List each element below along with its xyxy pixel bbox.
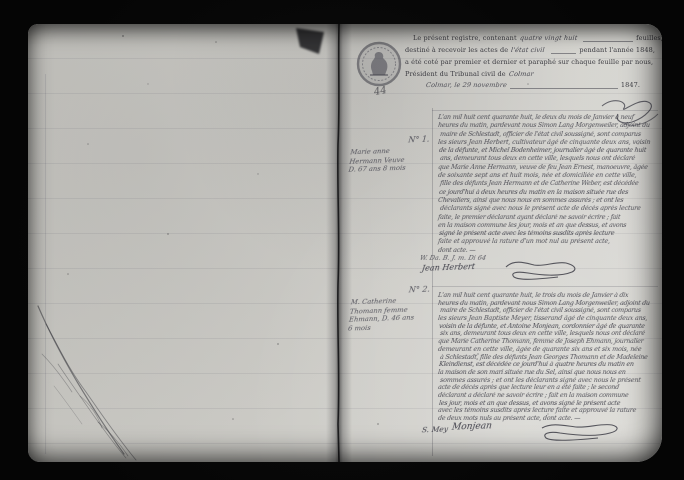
fill-rule	[583, 36, 633, 42]
act-separator-middle	[432, 286, 658, 287]
act-separator-top	[432, 110, 658, 111]
margin-note-lines: M. CatherineThomann femmeEhmann, D. 46 a…	[348, 295, 436, 332]
act-1-witness-signature: Jean Herbert	[421, 262, 475, 273]
header-line-4-printed: Président du Tribunal civil de	[405, 70, 506, 78]
handwriting-line: L'an mil huit cent quarante huit, le tro…	[438, 292, 662, 300]
death-act-2-text: L'an mil huit cent quarante huit, le tro…	[438, 292, 662, 423]
header-line-1-printed: Le présent registre, contenant	[413, 34, 517, 42]
handwriting-line: six ans, demeurant tous deux en cette vi…	[440, 330, 662, 338]
header-line-3-printed: a été coté par premier et dernier et par…	[405, 58, 653, 66]
handwriting-line: faite, le premier déclarant ayant déclar…	[437, 214, 662, 222]
header-line-2-printed-end: pendant l'année 1848,	[579, 46, 655, 54]
fill-rule	[551, 48, 577, 54]
handwriting-line: que Marie Catherine Thomann, femme de Jo…	[438, 338, 662, 346]
act-2-officer-paraph	[534, 418, 626, 444]
handwriting-line: les sieurs Jean Baptiste Meyer, tisseran…	[438, 315, 662, 323]
act-number: N° 2.	[351, 284, 436, 296]
handwriting-line: que Marie Anne Hermann, veuve de feu Jea…	[437, 164, 662, 172]
margin-note-act-1: N° 1. Marie anneHermann VeuveD. 67 ans 8…	[348, 134, 436, 174]
act-2-witness-signature-a: S. Mey	[421, 425, 448, 435]
handwriting-line: heures du matin, pardevant nous Simon La…	[437, 122, 662, 130]
header-line-1-handwritten-fill: quatre vingt huit	[519, 34, 577, 42]
header-line-2: destiné à recevoir les actes de l'état c…	[405, 46, 655, 54]
act-1-clerk-note: W. Da. B. J. m. Di 64	[419, 254, 487, 262]
folio-number-pencil: 44	[373, 85, 387, 98]
margin-note-act-2: N° 2. M. CatherineThomann femmeEhmann, D…	[348, 284, 437, 333]
header-line-4: Président du Tribunal civil de Colmar	[405, 70, 655, 78]
handwriting-line: demeurant en cette ville, âgée de quaran…	[438, 346, 662, 354]
margin-note-lines: Marie anneHermann VeuveD. 67 ans 8 mois	[348, 146, 435, 175]
header-line-2-handwritten-fill: l'état civil	[511, 46, 545, 54]
handwriting-line: Kleindienst, est décédée ce jourd'hui à …	[439, 361, 662, 369]
header-line-3: a été coté par premier et dernier et par…	[405, 58, 655, 66]
handwriting-line: ce jourd'hui à deux heures du matin en l…	[438, 189, 662, 197]
handwriting-line: faite et approuvé la rature d'un mot nul…	[437, 238, 662, 246]
act-number: N° 1.	[351, 134, 436, 146]
corner-crease-marks	[38, 306, 136, 460]
header-date-handwritten: Colmar, le 29 novembre	[426, 81, 508, 89]
act-2-witness-signature-b: Monjean	[451, 421, 492, 432]
header-line-1: Le présent registre, contenant quatre vi…	[413, 34, 662, 42]
header-line-2-printed: destiné à recevoir les actes de	[405, 46, 508, 54]
header-line-4-handwritten-fill: Colmar	[508, 70, 534, 78]
handwriting-line: la maison de son mari située rue du Sel,…	[438, 369, 662, 377]
open-register-book: 44 Le présent registre, contenant quatre…	[28, 24, 662, 462]
gutter-crack-line	[332, 24, 346, 462]
handwriting-line: avec les témoins susdits après lecture f…	[438, 407, 662, 415]
handwriting-line: en la maison commune les jour, mois et a…	[437, 222, 662, 230]
handwriting-line: les sieurs Jean Herbert, cultivateur âgé…	[437, 139, 662, 147]
handwriting-line: acte de décès après que lecture leur en …	[438, 384, 662, 392]
death-act-1-text: L'an mil huit cent quarante huit, le deu…	[438, 114, 662, 255]
header-line-1-printed-end: feuilles,	[636, 34, 662, 42]
handwriting-line: déclarants signé avec nous le présent ac…	[439, 205, 662, 213]
handwriting-line: maire de Schlestadt, officier de l'état …	[439, 131, 662, 139]
handwriting-line: ans, demeurant tous deux en cette ville,…	[439, 155, 662, 163]
act-1-officer-paraph	[500, 255, 586, 281]
handwriting-line: maire de Schlestadt, officier de l'état …	[440, 307, 662, 315]
handwriting-line: fille des défunts Jean Hermann et de Cat…	[439, 180, 662, 188]
tribunal-seal-icon	[355, 40, 403, 88]
handwriting-line: déclarant a déclaré ne savoir écrire ; f…	[438, 392, 662, 400]
register-scan-viewport: 44 Le présent registre, contenant quatre…	[0, 0, 684, 480]
